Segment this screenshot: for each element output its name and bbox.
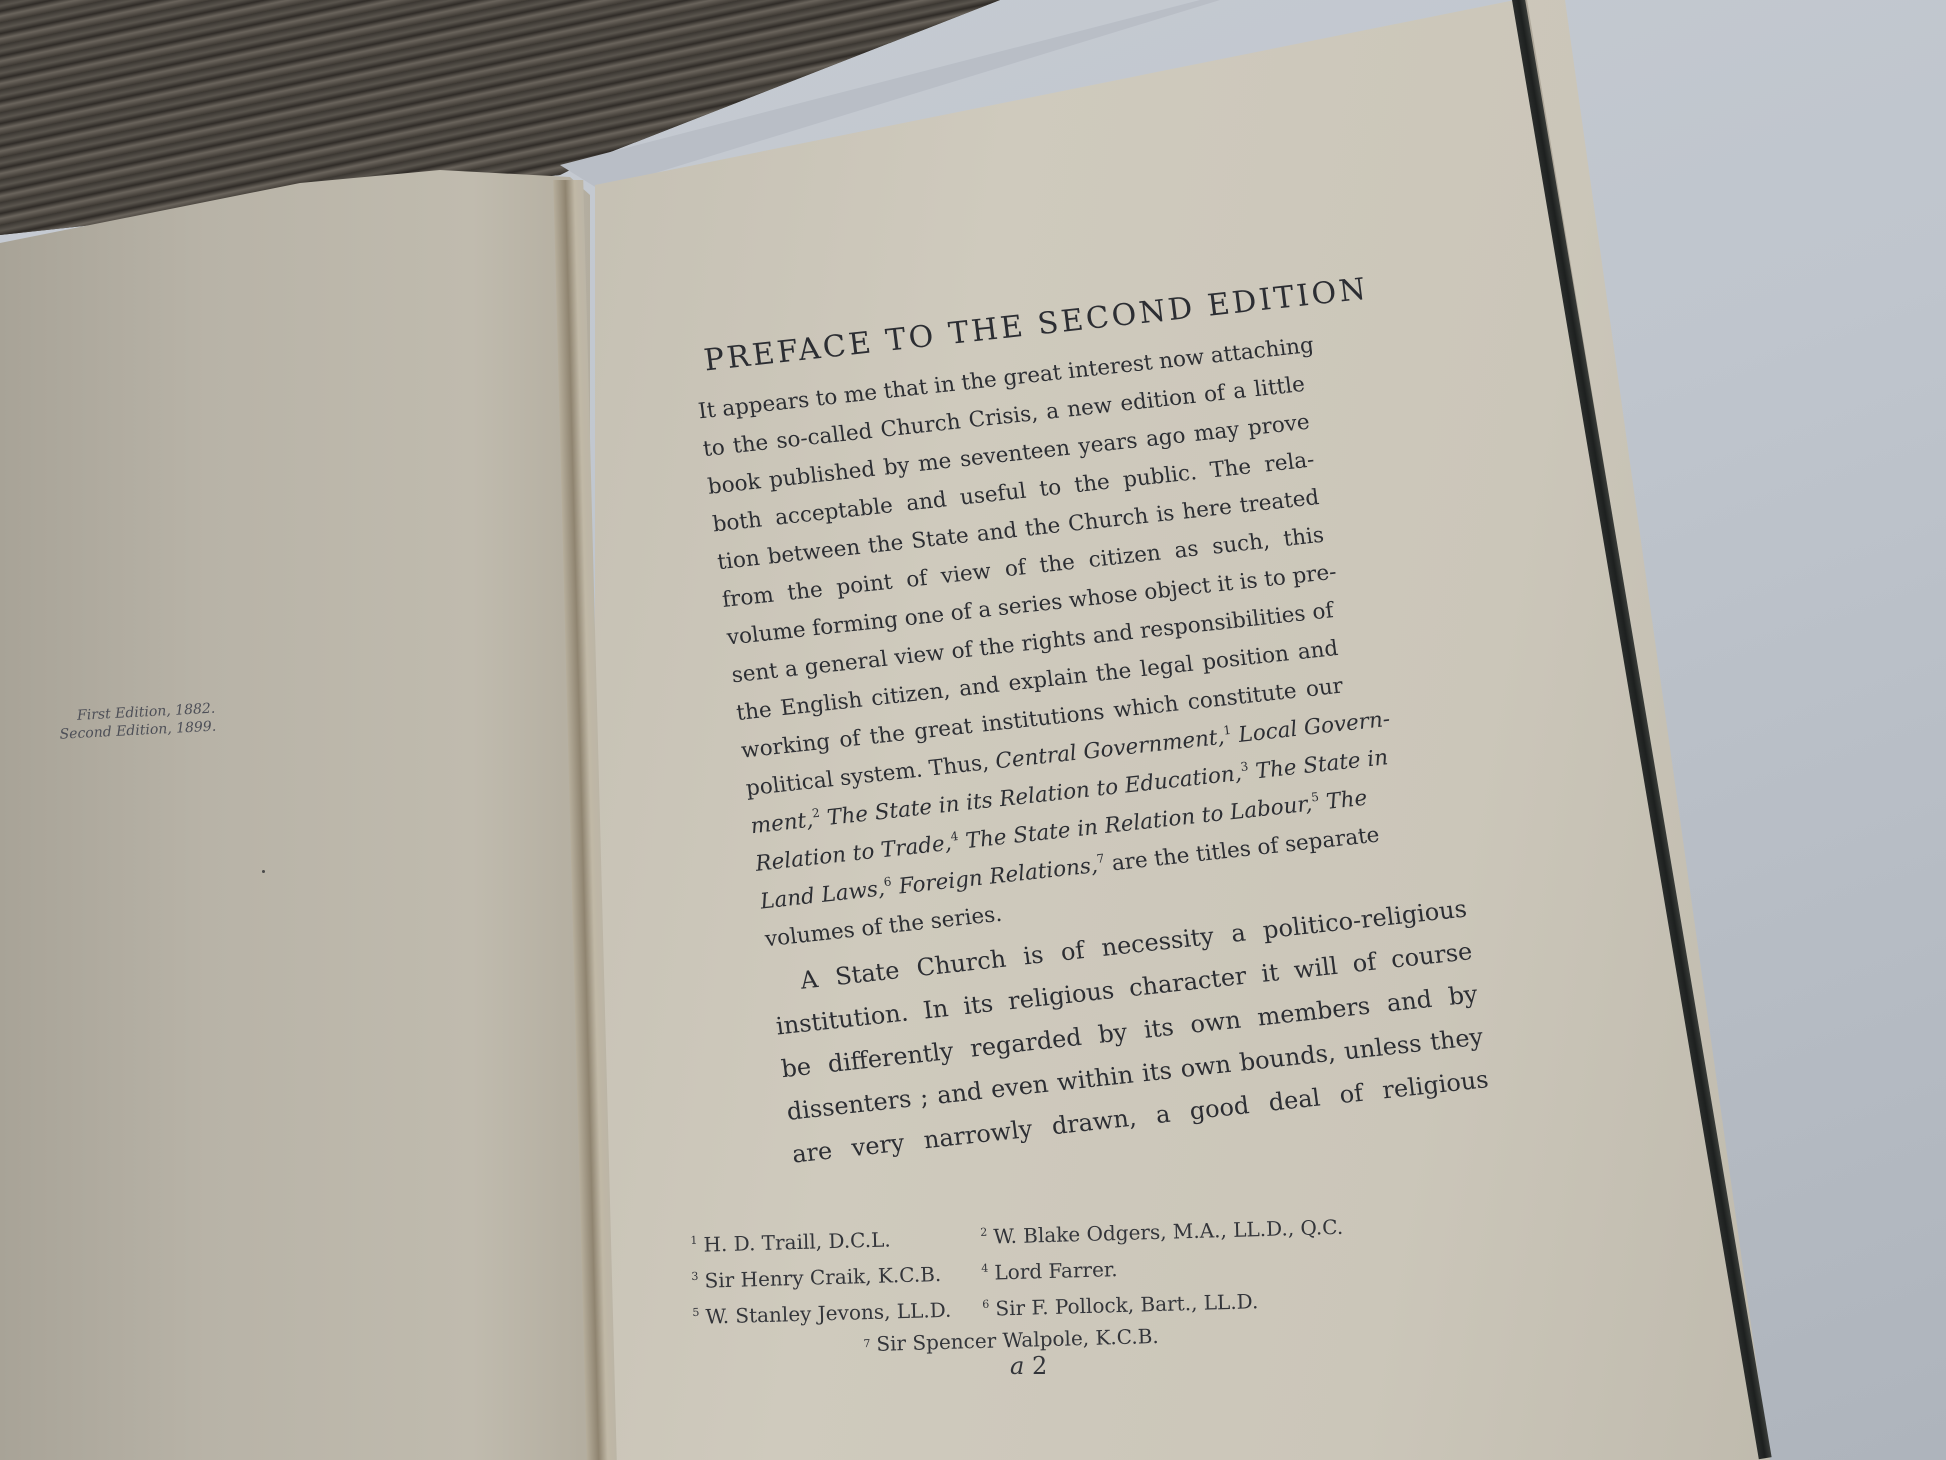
text-fragment: ment, (749, 808, 814, 840)
preface-text-block: PREFACE TO THE SECOND EDITION It appears… (690, 274, 1451, 1177)
ink-speck (262, 870, 265, 873)
footnote-number: 3 (691, 1270, 698, 1283)
footnote-4: 4Lord Farrer. (981, 1249, 1118, 1289)
footnote-number: 2 (980, 1226, 987, 1239)
left-page (0, 165, 590, 1460)
footnote-text: Sir Henry Craik, K.C.B. (704, 1262, 941, 1293)
footnote-number: 7 (863, 1328, 871, 1360)
footnote-text: W. Blake Odgers, M.A., LL.D., Q.C. (993, 1215, 1343, 1249)
footnote-6: 6Sir F. Pollock, Bart., LL.D. (982, 1281, 1259, 1325)
footnote-text: W. Stanley Jevons, LL.D. (705, 1298, 951, 1329)
footnote-text: H. D. Traill, D.C.L. (703, 1227, 891, 1256)
footnote-number: 4 (981, 1262, 988, 1275)
signature-mark: a 2 (1010, 1352, 1047, 1380)
signature-number: 2 (1032, 1352, 1047, 1380)
text-fragment: The (1318, 786, 1369, 816)
signature-letter: a (1010, 1352, 1024, 1380)
footnote-number: 1 (690, 1234, 697, 1247)
footnote-text: Sir F. Pollock, Bart., LL.D. (995, 1289, 1259, 1320)
preface-paragraph-1: It appears to me that in the great inter… (696, 322, 1424, 959)
footnote-number: 5 (692, 1306, 699, 1319)
footnote-number: 6 (982, 1298, 989, 1311)
footnotes: 1H. D. Traill, D.C.L. 2W. Blake Odgers, … (690, 1204, 1434, 1365)
title-land-laws: Land Laws, (759, 876, 886, 914)
footnote-text: Lord Farrer. (994, 1257, 1118, 1284)
text-fragment: The State in (1247, 745, 1389, 785)
